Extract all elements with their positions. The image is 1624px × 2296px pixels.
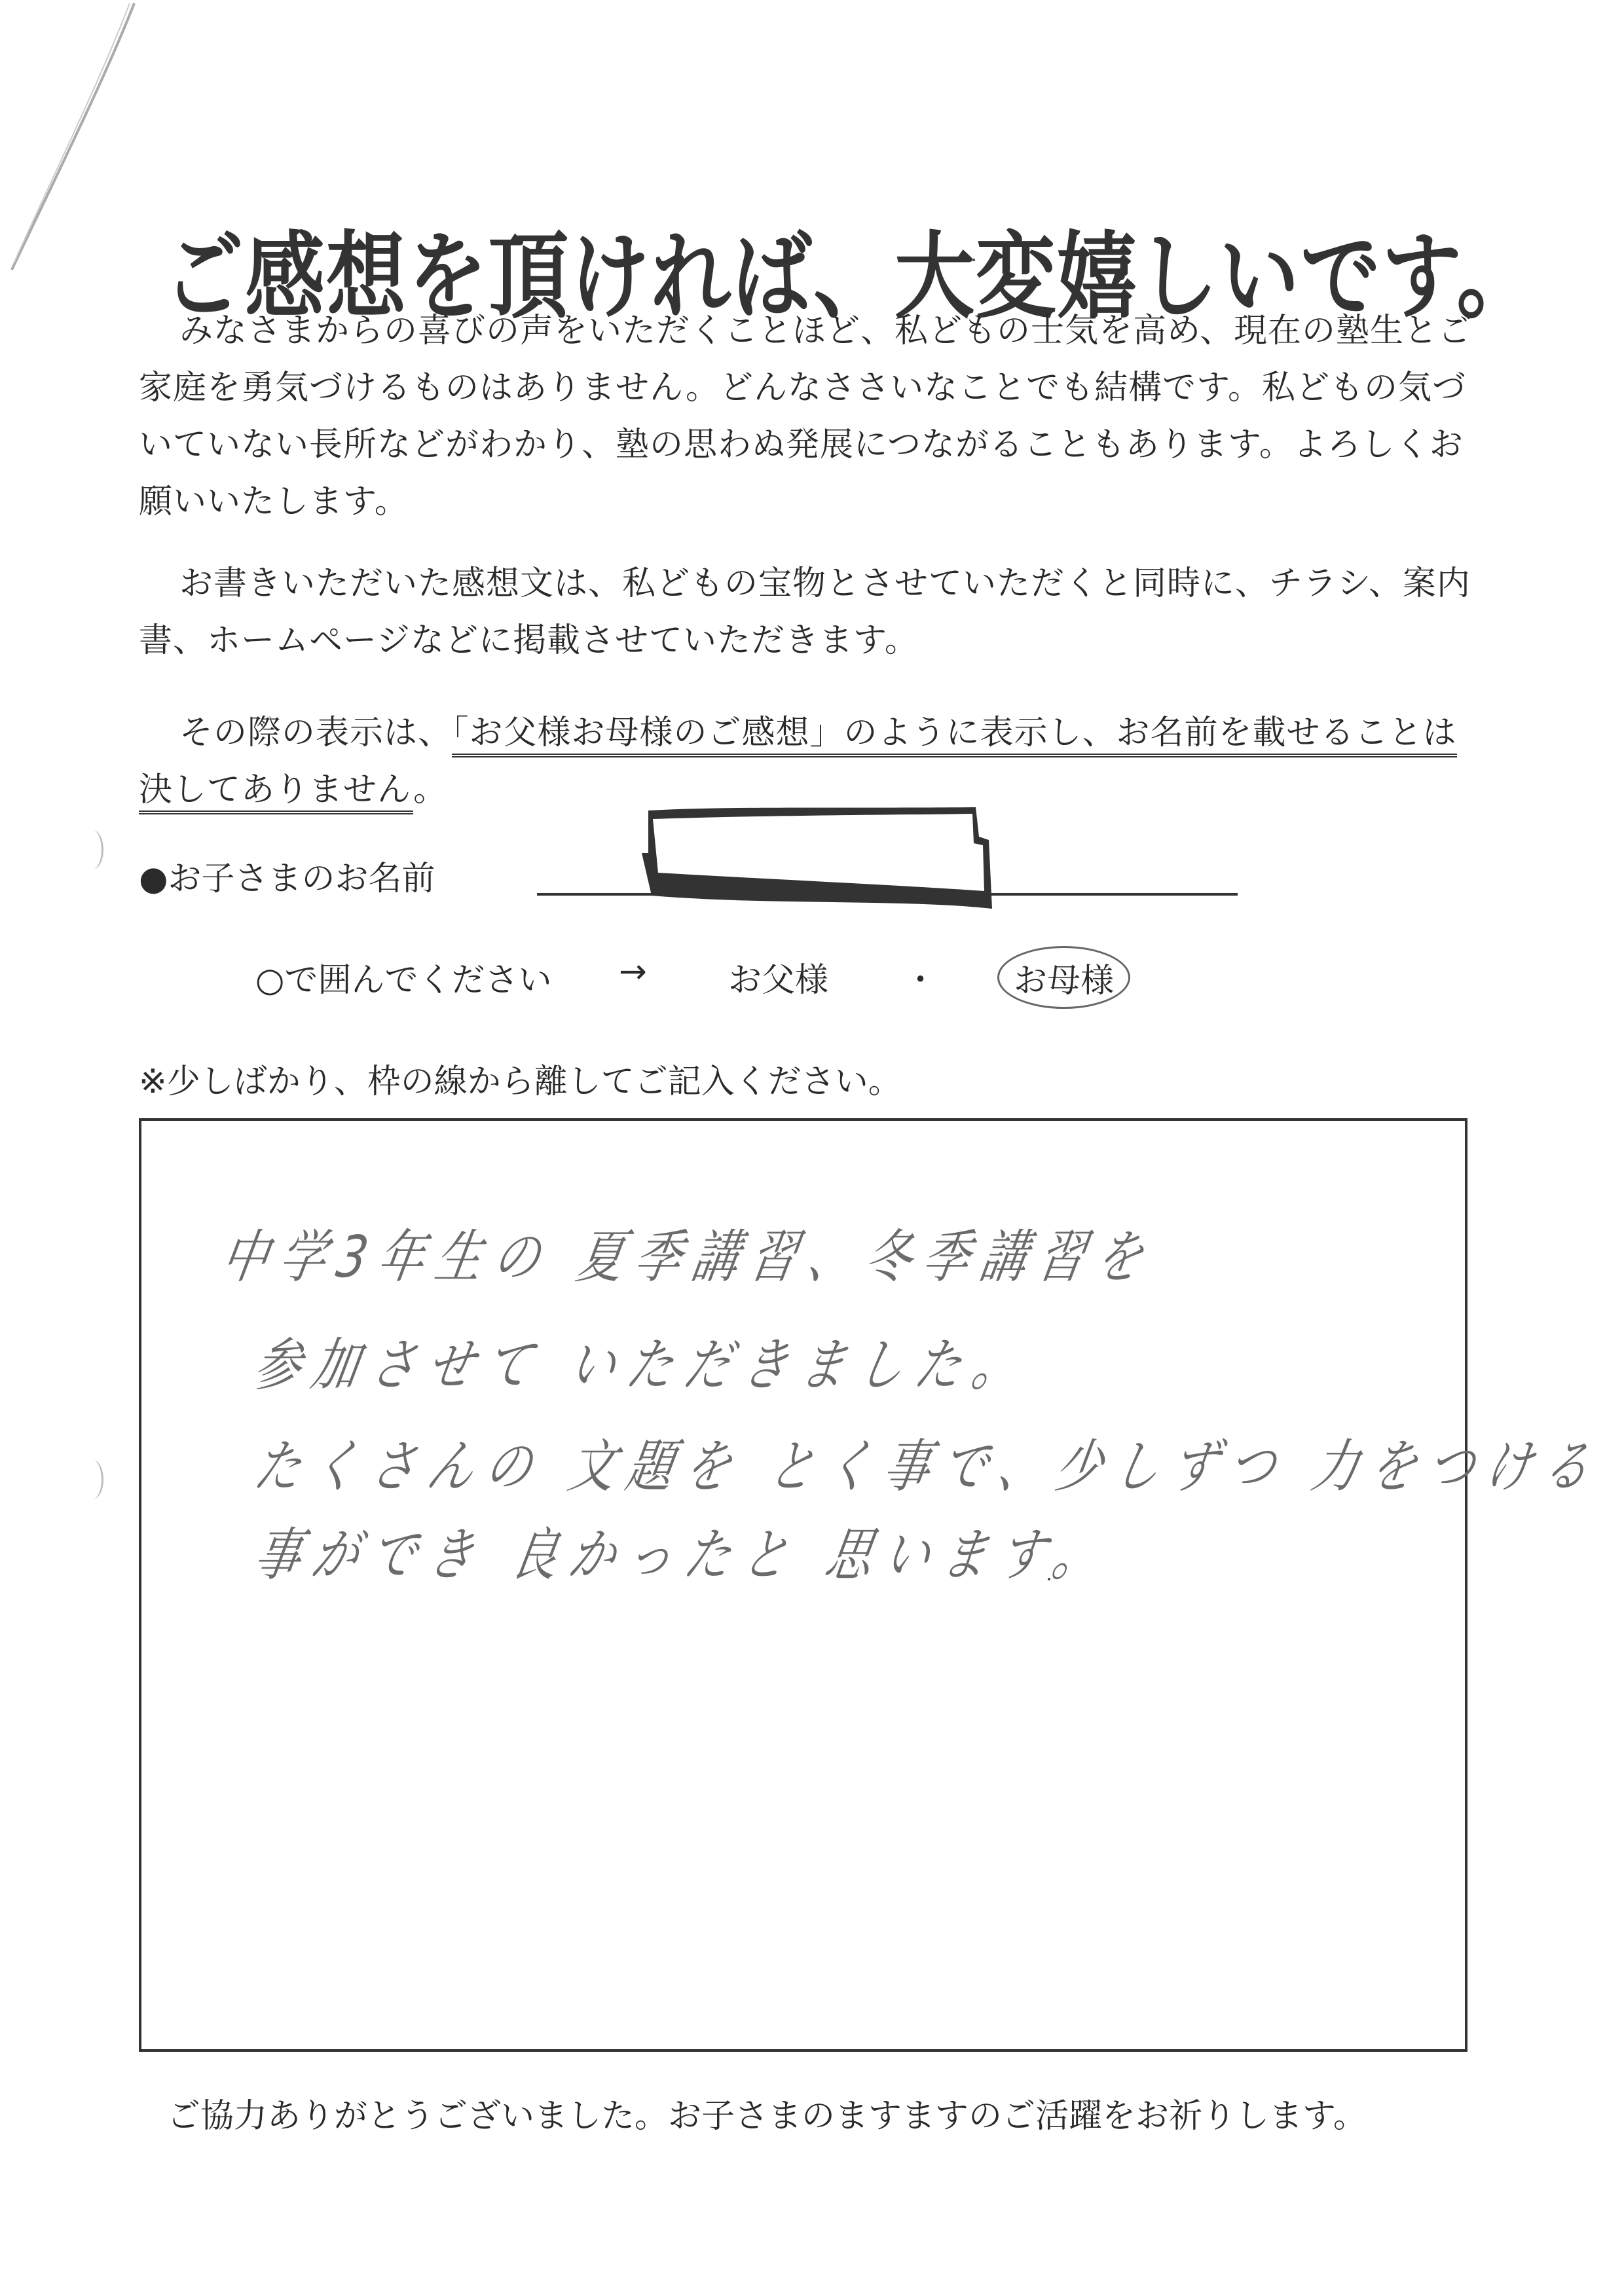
privacy-suffix: 。 [413,771,447,809]
parent-select-instruction: ○で囲んでください [255,953,552,1001]
separator-dot: ・ [904,953,937,1001]
scan-artifact-line [0,0,170,288]
intro-paragraph: みなさまからの喜びの声をいただくことほど、私どもの士気を高め、現在の塾生とご家庭… [139,302,1481,530]
option-father[interactable]: お父様 [728,953,828,1001]
punch-hole-mark [82,1460,103,1499]
name-redaction-mark [638,807,995,912]
usage-text: お書きいただいた感想文は、私どもの宝物とさせていただくと同時に、チラシ、案内書、… [139,564,1471,660]
privacy-prefix: その際の表示は、 [179,714,452,752]
handwritten-line: 事ができ 良かったと 思います。 [249,1509,1119,1592]
option-mother-selected[interactable]: お母様 [997,946,1130,1009]
handwritten-line: 参加させて いただきました。 [249,1319,1039,1402]
punch-hole-mark [82,830,103,869]
footer-thanks: ご協力ありがとうございました。お子さまのますますのご活躍をお祈りします。 [167,2088,1367,2137]
instruction-note: ※少しばかり、枠の線から離してご記入ください。 [139,1054,902,1102]
scan-speck [972,259,975,261]
intro-text: みなさまからの喜びの声をいただくことほど、私どもの士気を高め、現在の塾生とご家庭… [139,312,1472,521]
privacy-paragraph: その際の表示は、「お父様お母様のご感想」のように表示し、お名前を載せることは決し… [139,704,1481,818]
scan-speck [1048,1578,1050,1580]
usage-paragraph: お書きいただいた感想文は、私どもの宝物とさせていただくと同時に、チラシ、案内書、… [139,555,1481,669]
arrow-icon: → [619,953,647,991]
handwritten-line: たくさんの 文題を とく事で、少しずつ 力をつける [249,1421,1610,1503]
handwritten-line: 中学3年生の 夏季講習、冬季講習を [216,1211,1162,1294]
child-name-label: ●お子さまのお名前 [139,851,435,900]
